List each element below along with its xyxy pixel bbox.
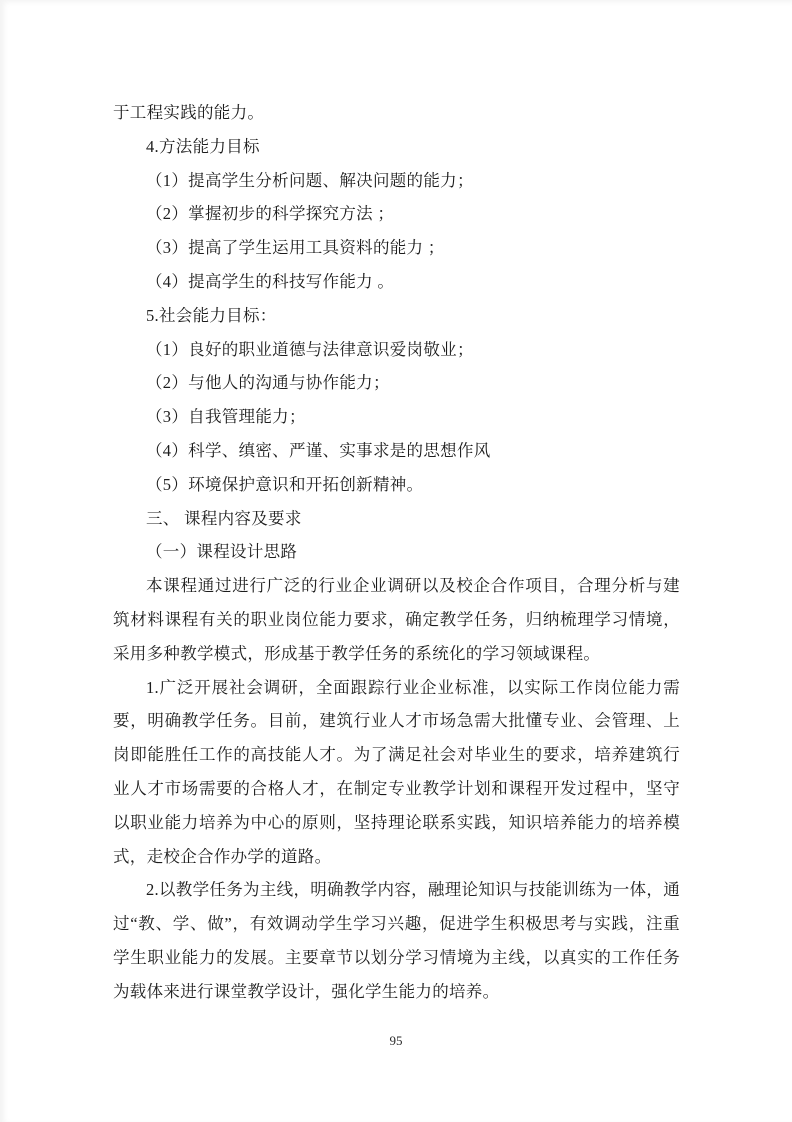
paragraph: （2）与他人的沟通与协作能力； xyxy=(113,366,680,400)
paragraph: （3）提高了学生运用工具资料的能力 ； xyxy=(113,231,680,265)
paragraph: 于工程实践的能力。 xyxy=(113,96,680,130)
paragraph: （5）环境保护意识和开拓创新精神。 xyxy=(113,468,680,502)
document-body: 于工程实践的能力。4.方法能力目标（1）提高学生分析问题、解决问题的能力；（2）… xyxy=(113,96,680,1009)
paragraph: （一）课程设计思路 xyxy=(113,535,680,569)
document-page: 于工程实践的能力。4.方法能力目标（1）提高学生分析问题、解决问题的能力；（2）… xyxy=(0,0,792,1122)
paragraph: 5.社会能力目标： xyxy=(113,299,680,333)
paragraph: （4）提高学生的科技写作能力 。 xyxy=(113,265,680,299)
paragraph: （1）良好的职业道德与法律意识爱岗敬业； xyxy=(113,333,680,367)
paragraph: （4）科学、缜密、严谨、实事求是的思想作风 xyxy=(113,434,680,468)
paragraph: 本课程通过进行广泛的行业企业调研以及校企合作项目，合理分析与建筑材料课程有关的职… xyxy=(113,569,680,670)
paragraph: 4.方法能力目标 xyxy=(113,130,680,164)
paragraph: （2）掌握初步的科学探究方法 ； xyxy=(113,197,680,231)
paragraph: 三、 课程内容及要求 xyxy=(113,502,680,536)
paragraph: （1）提高学生分析问题、解决问题的能力； xyxy=(113,164,680,198)
paragraph: 2.以教学任务为主线，明确教学内容，融理论知识与技能训练为一体，通过“教、学、做… xyxy=(113,873,680,1008)
paragraph: 1.广泛开展社会调研，全面跟踪行业企业标准，以实际工作岗位能力需要，明确教学任务… xyxy=(113,671,680,874)
paragraph: （3）自我管理能力； xyxy=(113,400,680,434)
page-number: 95 xyxy=(0,1033,792,1049)
